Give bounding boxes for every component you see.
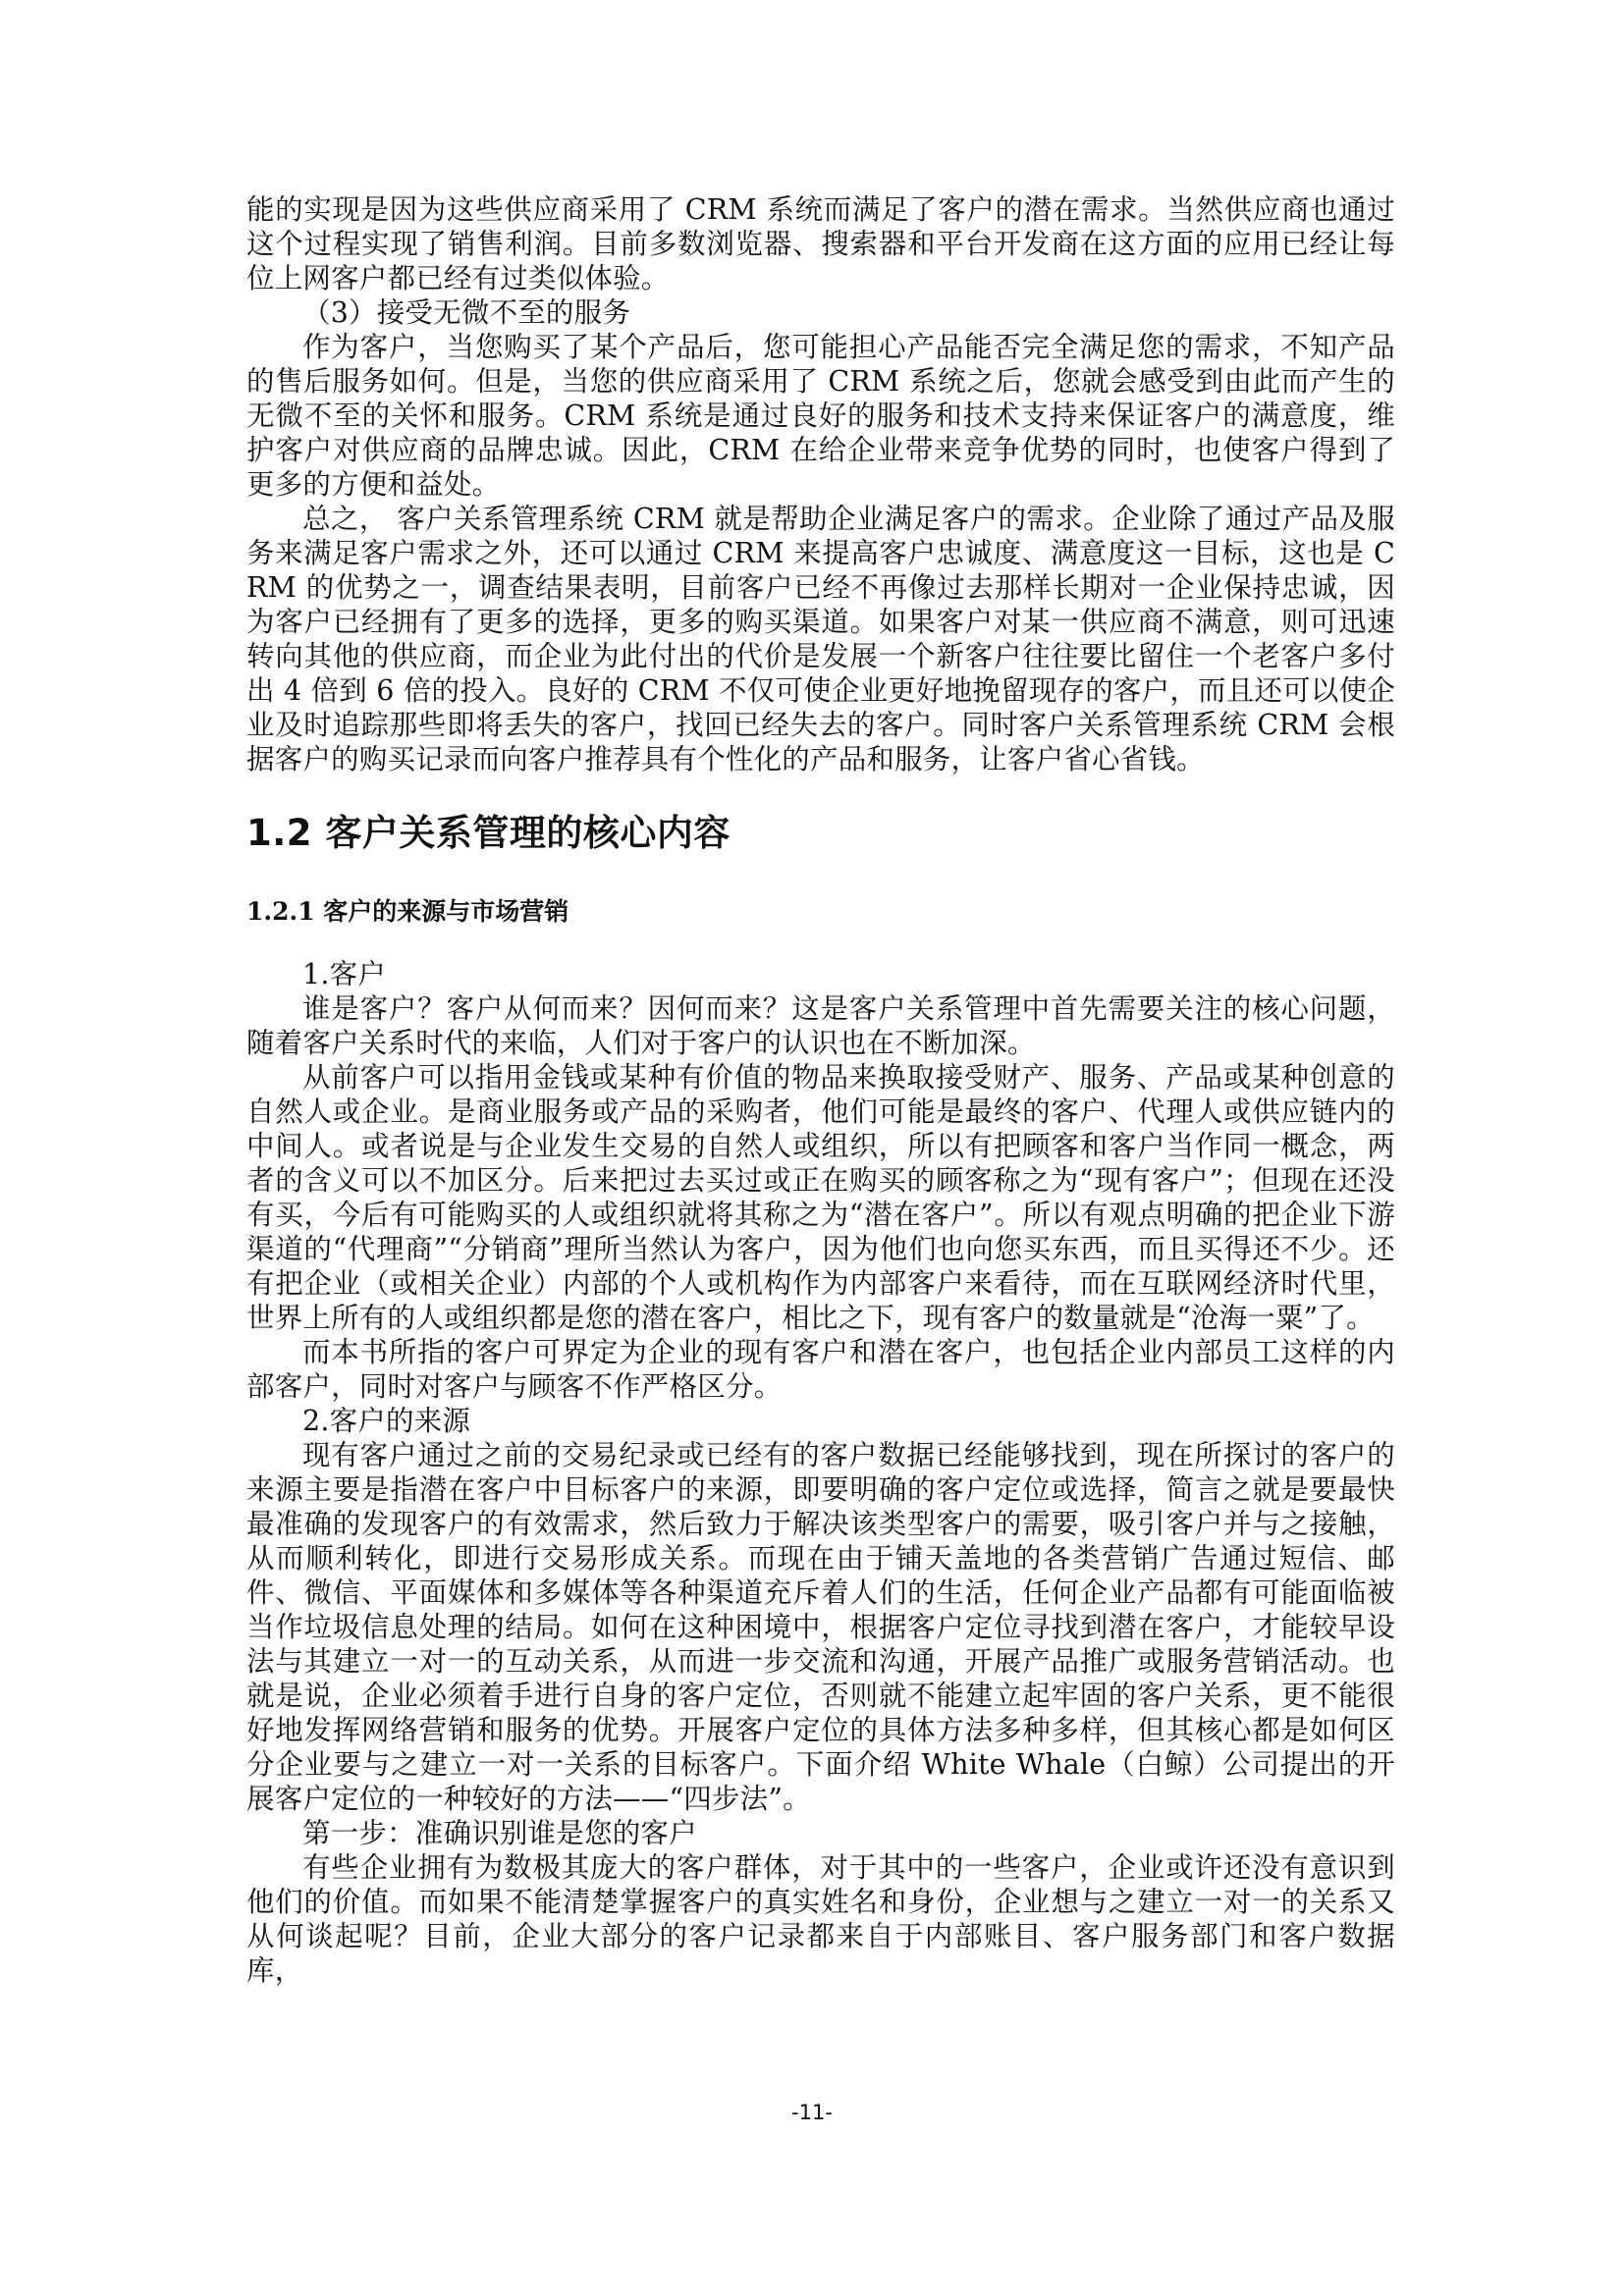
paragraph: 有些企业拥有为数极其庞大的客户群体，对于其中的一些客户，企业或许还没有意识到他们… bbox=[246, 1850, 1395, 1988]
list-item-heading: （3）接受无微不至的服务 bbox=[246, 295, 1395, 330]
step-heading: 第一步：准确识别谁是您的客户 bbox=[246, 1816, 1395, 1850]
paragraph: 从前客户可以指用金钱或某种有价值的物品来换取接受财产、服务、产品或某种创意的自然… bbox=[246, 1060, 1395, 1335]
paragraph: 谁是客户？客户从何而来？因何而来？这是客户关系管理中首先需要关注的核心问题，随着… bbox=[246, 991, 1395, 1060]
paragraph: 总之， 客户关系管理系统 CRM 就是帮助企业满足客户的需求。企业除了通过产品及… bbox=[246, 502, 1395, 776]
paragraph: 现有客户通过之前的交易纪录或已经有的客户数据已经能够找到，现在所探讨的客户的来源… bbox=[246, 1438, 1395, 1816]
document-page: 能的实现是因为这些供应商采用了 CRM 系统而满足了客户的潜在需求。当然供应商也… bbox=[246, 192, 1395, 1988]
paragraph: 而本书所指的客户可界定为企业的现有客户和潜在客户，也包括企业内部员工这样的内部客… bbox=[246, 1335, 1395, 1404]
paragraph-continuation: 能的实现是因为这些供应商采用了 CRM 系统而满足了客户的潜在需求。当然供应商也… bbox=[246, 192, 1395, 295]
page-number: -11- bbox=[0, 2101, 1624, 2124]
section-heading: 1.2 客户关系管理的核心内容 bbox=[246, 812, 1395, 855]
list-item-heading: 1.客户 bbox=[246, 957, 1395, 991]
list-item-heading: 2.客户的来源 bbox=[246, 1404, 1395, 1438]
subsection-heading: 1.2.1 客户的来源与市场营销 bbox=[246, 896, 1395, 928]
paragraph: 作为客户，当您购买了某个产品后，您可能担心产品能否完全满足您的需求，不知产品的售… bbox=[246, 330, 1395, 502]
